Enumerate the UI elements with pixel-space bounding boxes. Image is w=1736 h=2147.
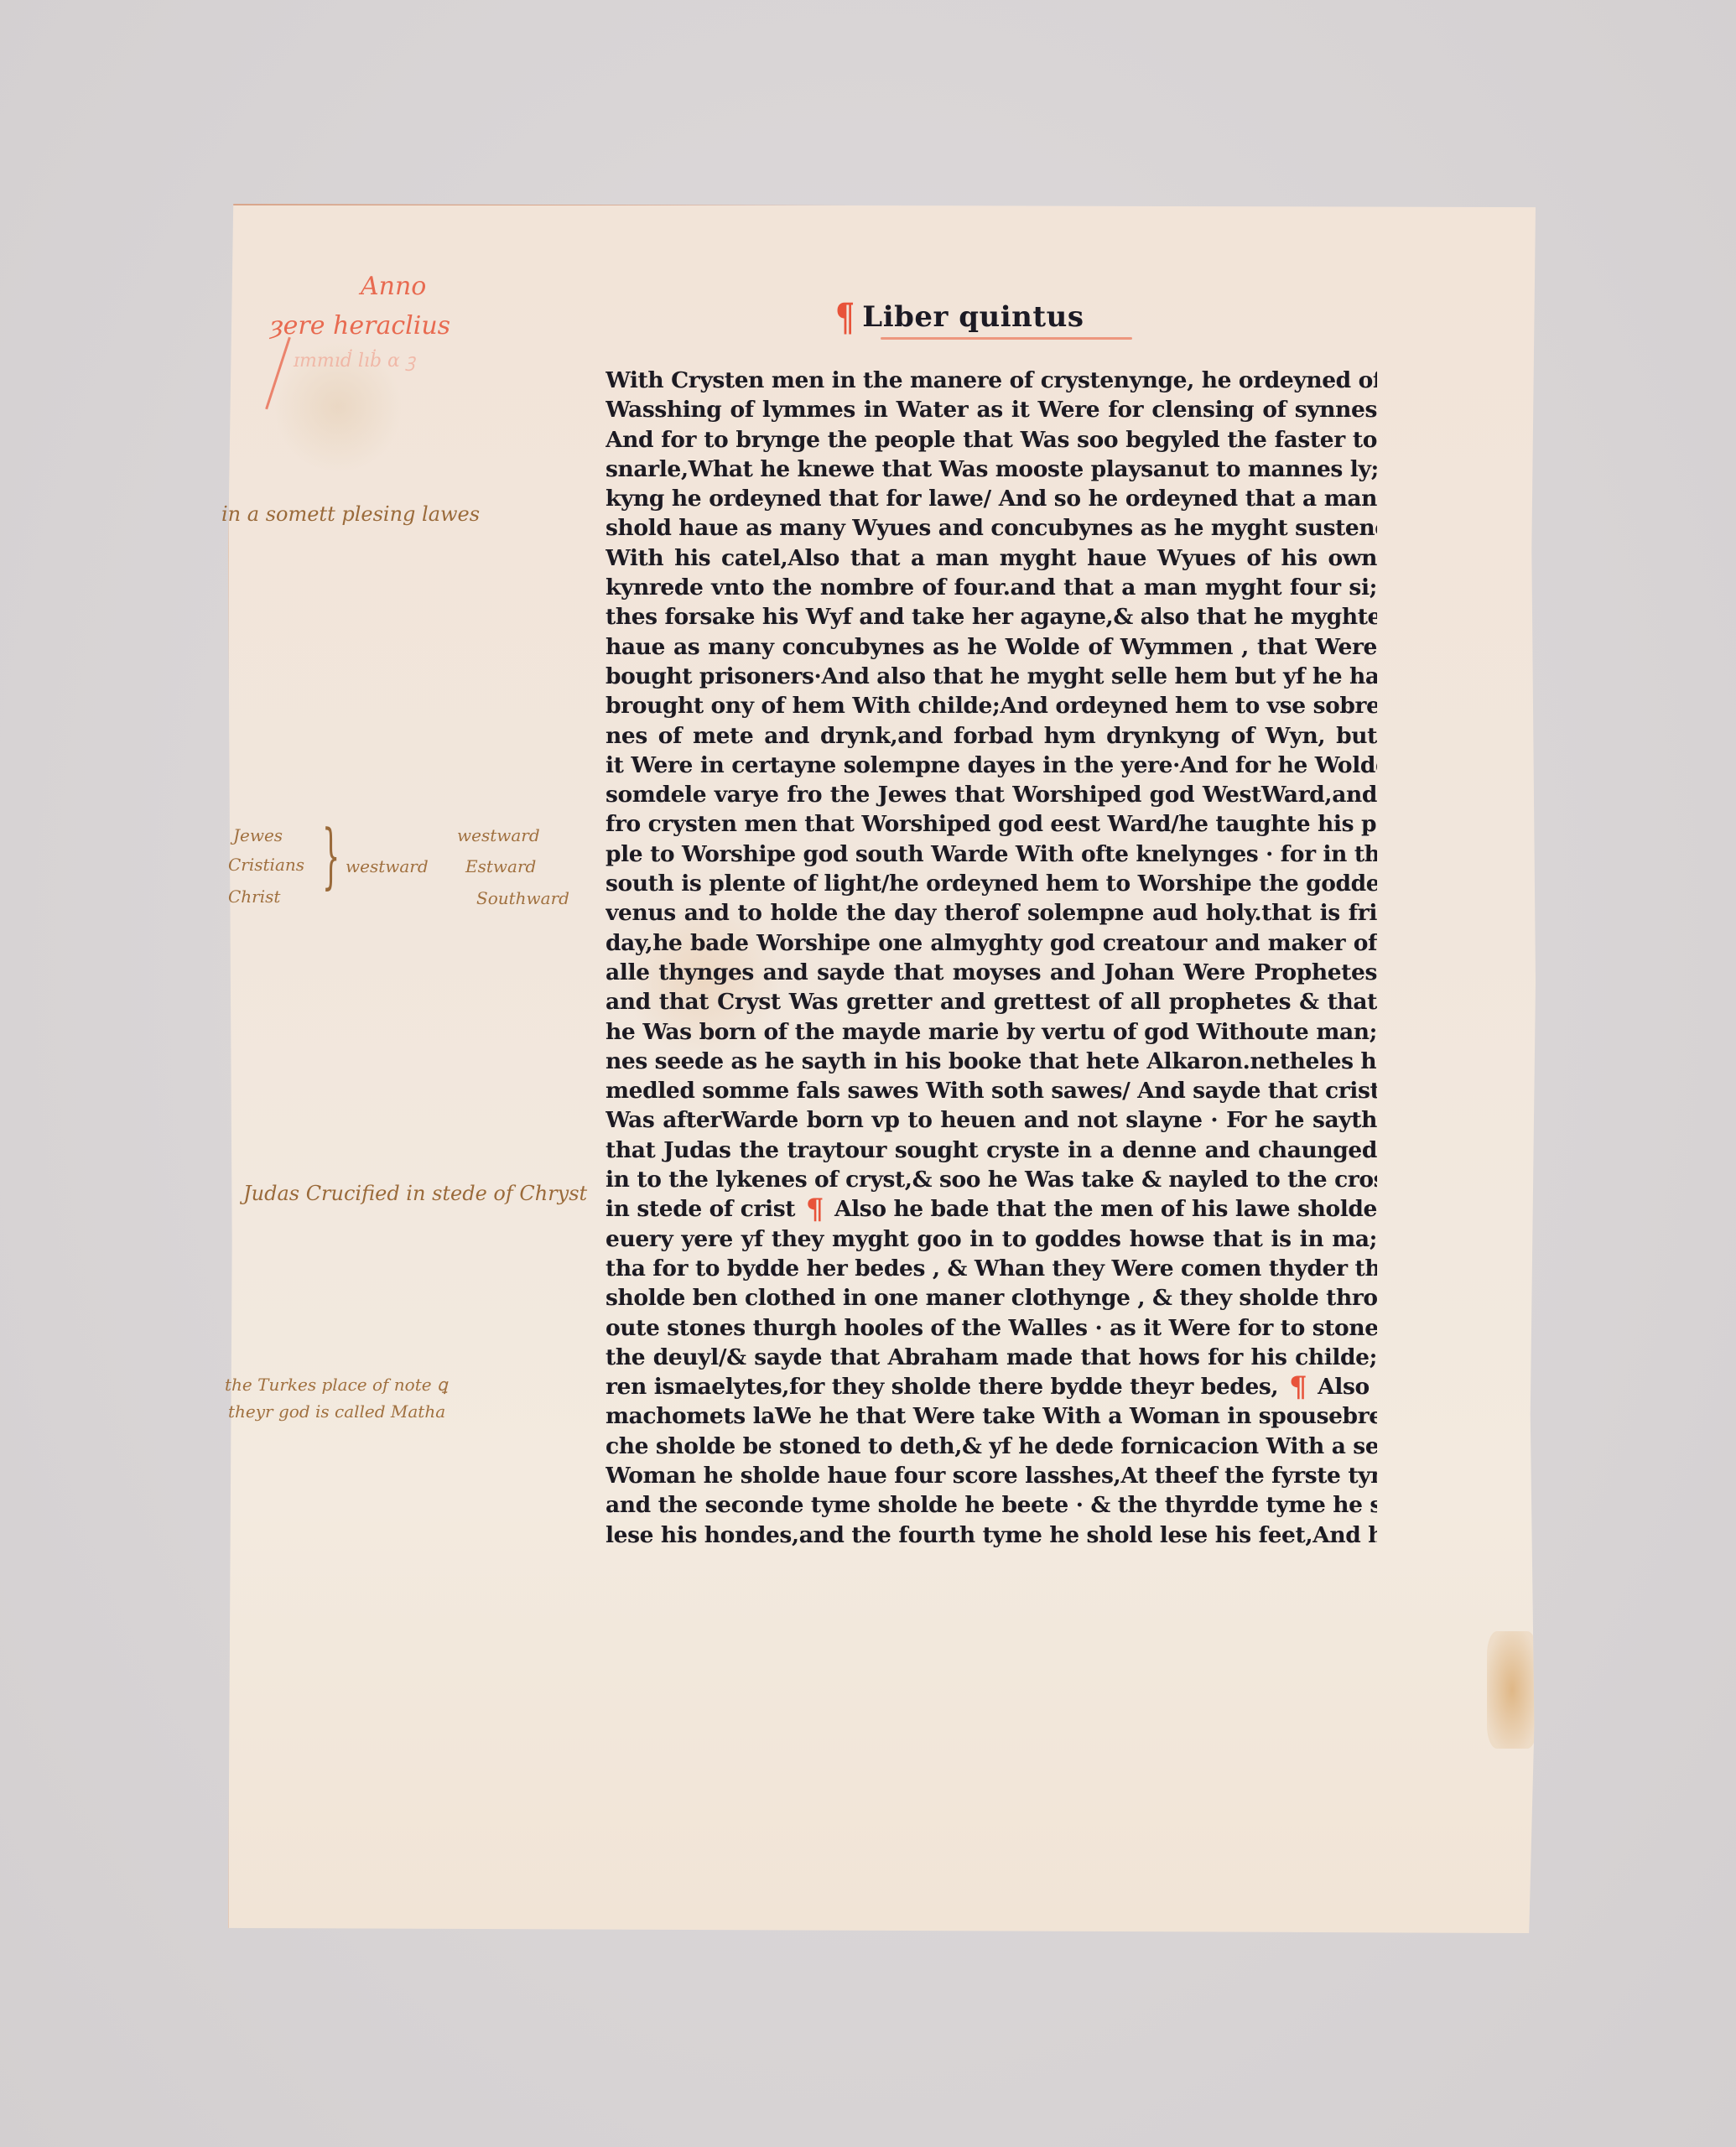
marginalia-note-southward: Southward bbox=[476, 889, 569, 908]
marginalia-note-turkes: the Turkes place of note ꝗ bbox=[225, 1375, 448, 1395]
marginalia-note-westward: westward bbox=[457, 826, 540, 845]
text-line: nes of mete and drynk,and forbad hym dry… bbox=[606, 721, 1377, 751]
text-line: venus and to holde the day therof solemp… bbox=[606, 898, 1377, 928]
text-line: euery yere yf they myght goo in to godde… bbox=[606, 1224, 1377, 1254]
marginalia-red-anno: Anno bbox=[361, 273, 426, 302]
text-line: day,he bade Worshipe one almyghty god cr… bbox=[606, 928, 1377, 958]
marginalia-note-matha: theyr god is called Matha bbox=[228, 1402, 445, 1422]
marginalia-red-heraclius: ȝere heraclius bbox=[270, 312, 450, 341]
text-line: bought prisoners·And also that he myght … bbox=[606, 662, 1377, 691]
text-line-with-paraph: ren ismaelytes,for they sholde there byd… bbox=[606, 1372, 1377, 1401]
text-line: it Were in certayne solempne dayes in th… bbox=[606, 751, 1377, 780]
text-line: south is plente of light/he ordeyned hem… bbox=[606, 869, 1377, 898]
marginalia-red-faint: ɪmmıḋ lıḃ ɑ ꝫ bbox=[294, 351, 415, 372]
paraph-icon: ¶ bbox=[1289, 1373, 1307, 1401]
text-line: that Judas the traytour sought cryste in… bbox=[606, 1136, 1377, 1165]
text-line: Wasshing of lymmes in Water as it Were f… bbox=[606, 395, 1377, 424]
marginalia-note-cristians: Cristians bbox=[228, 855, 304, 875]
text-line: With Crysten men in the manere of cryste… bbox=[606, 366, 1377, 395]
printed-text-block: With Crysten men in the manere of cryste… bbox=[606, 366, 1377, 1550]
marginalia-note-mid: westward bbox=[346, 857, 429, 876]
text-line: lese his hondes,and the fourth tyme he s… bbox=[606, 1521, 1377, 1550]
text-line-with-paraph: in stede of crist ¶ Also he bade that th… bbox=[606, 1194, 1377, 1224]
text-line: fro crysten men that Worshiped god eest … bbox=[606, 809, 1377, 839]
text-line: medled somme fals sawes With soth sawes/… bbox=[606, 1076, 1377, 1105]
paper-repair-patch bbox=[1487, 1631, 1537, 1749]
marginalia-note-christ: Christ bbox=[228, 887, 280, 907]
text-line: somdele varye fro the Jewes that Worship… bbox=[606, 780, 1377, 809]
paraph-icon: ¶ bbox=[806, 1195, 824, 1224]
text-line: snarle,What he knewe that Was mooste pla… bbox=[606, 455, 1377, 484]
marginalia-note-lawes: in a somett plesing lawes bbox=[221, 503, 480, 527]
text-line: tha for to bydde her bedes , & Whan they… bbox=[606, 1254, 1377, 1283]
text-line: in to the lykenes of cryst,& soo he Was … bbox=[606, 1165, 1377, 1194]
text-line: shold haue as many Wyues and concubynes … bbox=[606, 513, 1377, 543]
text-line: he Was born of the mayde marie by vertu … bbox=[606, 1017, 1377, 1047]
text-line: and that Cryst Was gretter and grettest … bbox=[606, 987, 1377, 1016]
chapter-heading: ¶ Liber quintus bbox=[833, 298, 1084, 336]
text-line: brought ony of hem With childe;And ordey… bbox=[606, 691, 1377, 720]
text-line: kyng he ordeyned that for lawe/ And so h… bbox=[606, 484, 1377, 513]
text-line: machomets laWe he that Were take With a … bbox=[606, 1401, 1377, 1431]
text-line: and the seconde tyme sholde he beete · &… bbox=[606, 1490, 1377, 1520]
text-line: With his catel,Also that a man myght hau… bbox=[606, 543, 1377, 573]
text-line: alle thynges and sayde that moyses and J… bbox=[606, 958, 1377, 987]
text-line: oute stones thurgh hooles of the Walles … bbox=[606, 1313, 1377, 1343]
marginalia-note-estward: Estward bbox=[465, 857, 536, 876]
text-line: nes seede as he sayth in his booke that … bbox=[606, 1047, 1377, 1076]
text-line: the deuyl/& sayde that Abraham made that… bbox=[606, 1343, 1377, 1372]
heading-underline bbox=[881, 337, 1132, 340]
marginalia-note-jewes: Jewes bbox=[233, 826, 283, 845]
text-line: thes forsake his Wyf and take her agayne… bbox=[606, 602, 1377, 632]
marginalia-note-judas: Judas Crucified in stede of Chryst bbox=[243, 1183, 587, 1206]
text-line: che sholde be stoned to deth,& yf he ded… bbox=[606, 1432, 1377, 1461]
text-line: And for to brynge the people that Was so… bbox=[606, 425, 1377, 455]
paraph-icon: ¶ bbox=[835, 298, 855, 336]
text-line: Woman he sholde haue four score lasshes,… bbox=[606, 1461, 1377, 1490]
text-line: sholde ben clothed in one maner clothyng… bbox=[606, 1283, 1377, 1313]
marginalia-bracket: } bbox=[322, 820, 340, 891]
text-line: ple to Worshipe god south Warde With oft… bbox=[606, 840, 1377, 869]
heading-title: Liber quintus bbox=[862, 300, 1084, 334]
text-line: haue as many concubynes as he Wolde of W… bbox=[606, 632, 1377, 662]
text-line: kynrede vnto the nombre of four.and that… bbox=[606, 573, 1377, 602]
text-line: Was afterWarde born vp to heuen and not … bbox=[606, 1105, 1377, 1135]
